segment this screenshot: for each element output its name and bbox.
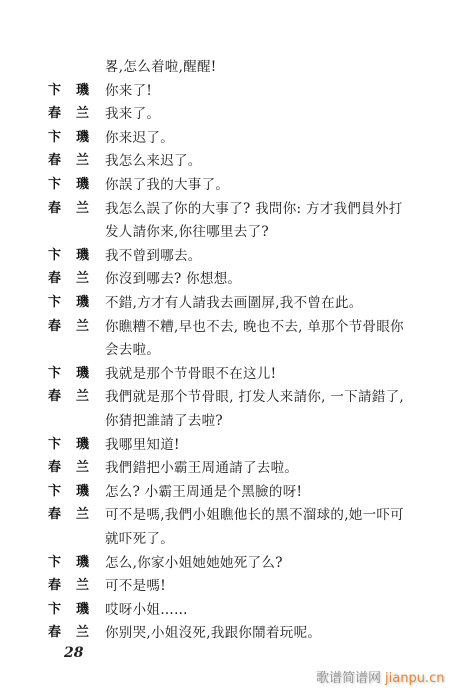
dialogue-text: 不錯,方才有人請我去画圍屏,我不曾在此。 [105, 293, 363, 313]
dialogue-line: 卞璣你誤了我的大事了。 [0, 175, 465, 195]
dialogue-text: 你来迟了。 [105, 128, 174, 148]
dialogue-line: 春兰可不是嗎,我們小姐瞧他长的黑不溜球的,她一吓可 [0, 505, 465, 525]
speaker-name-char2: 璣 [76, 364, 89, 384]
speaker-name-char2: 璣 [76, 128, 89, 148]
dialogue-text: 怎么? 小霸王周通是个黑臉的呀! [105, 482, 302, 502]
dialogue-text: 你来了! [105, 81, 152, 101]
dialogue-text: 可不是嗎! [105, 576, 166, 596]
dialogue-text: 你猜把誰請了去啦? [105, 411, 223, 431]
dialogue-text: 我来了。 [105, 104, 160, 124]
speaker-name-char2: 兰 [76, 104, 89, 124]
speaker-name-char1: 卞 [48, 293, 61, 313]
dialogue-line: 卞璣不錯,方才有人請我去画圍屏,我不曾在此。 [0, 293, 465, 313]
speaker-name-char1: 春 [48, 104, 61, 124]
speaker-name-char2: 兰 [76, 199, 89, 219]
speaker-name-char1: 卞 [48, 600, 61, 620]
dialogue-line: 卞璣我就是那个节骨眼不在这儿! [0, 364, 465, 384]
watermark-domain: jianpu.cn [385, 671, 444, 686]
speaker-name-char1: 春 [48, 387, 61, 407]
dialogue-text: 我怎么誤了你的大事了? 我問你: 方才我們員外打 [105, 199, 403, 219]
dialogue-text: 可不是嗎,我們小姐瞧他长的黑不溜球的,她一吓可 [105, 505, 404, 525]
speaker-name-char2: 兰 [76, 458, 89, 478]
speaker-name-char1: 卞 [48, 128, 61, 148]
dialogue-text: 发人請你来,你往哪里去了? [105, 222, 269, 242]
speaker-name-char1: 春 [48, 576, 61, 596]
dialogue-text: 畧,怎么着啦,醒醒! [105, 57, 217, 77]
dialogue-line: 卞璣你来了! [0, 81, 465, 101]
dialogue-line: 春兰我怎么来迟了。 [0, 151, 465, 171]
dialogue-line: 春兰我們錯把小霸王周通請了去啦。 [0, 458, 465, 478]
dialogue-line: 春兰可不是嗎! [0, 576, 465, 596]
dialogue-text: 我們就是那个节骨眼, 打发人来請你, 一下請錯了, [105, 387, 404, 407]
speaker-name-char1: 春 [48, 151, 61, 171]
dialogue-text: 我哪里知道! [105, 435, 180, 455]
speaker-name-char1: 春 [48, 623, 61, 643]
speaker-name-char2: 璣 [76, 553, 89, 573]
dialogue-line: 卞璣你来迟了。 [0, 128, 465, 148]
dialogue-line: 卞璣我哪里知道! [0, 435, 465, 455]
speaker-name-char1: 卞 [48, 553, 61, 573]
dialogue-continuation: 会去啦。 [0, 340, 465, 360]
dialogue-line: 卞璣怎么? 小霸王周通是个黑臉的呀! [0, 482, 465, 502]
speaker-name-char1: 卞 [48, 81, 61, 101]
speaker-name-char1: 春 [48, 317, 61, 337]
dialogue-line: 春兰你沒到哪去? 你想想。 [0, 269, 465, 289]
dialogue-line: 春兰我来了。 [0, 104, 465, 124]
speaker-name-char2: 兰 [76, 623, 89, 643]
dialogue-line: 春兰你瞧糟不糟,早也不去, 晚也不去, 单那个节骨眼你 [0, 317, 465, 337]
speaker-name-char1: 卞 [48, 246, 61, 266]
speaker-name-char1: 卞 [48, 482, 61, 502]
dialogue-line: 卞璣我不曾到哪去。 [0, 246, 465, 266]
dialogue-line: 卞璣怎么,你家小姐她她她死了么? [0, 553, 465, 573]
speaker-name-char2: 兰 [76, 387, 89, 407]
speaker-name-char2: 璣 [76, 81, 89, 101]
page-number: 28 [64, 645, 83, 661]
dialogue-line: 春兰你别哭,小姐沒死,我跟你鬧着玩呢。 [0, 623, 465, 643]
speaker-name-char1: 卞 [48, 364, 61, 384]
dialogue-text: 我不曾到哪去。 [105, 246, 202, 266]
speaker-name-char2: 璣 [76, 293, 89, 313]
dialogue-text: 就吓死了。 [105, 529, 174, 549]
dialogue-continuation: 发人請你来,你往哪里去了? [0, 222, 465, 242]
watermark: 歌谱简谱网jianpu.cn [316, 667, 444, 686]
speaker-name-char1: 春 [48, 458, 61, 478]
speaker-name-char2: 兰 [76, 576, 89, 596]
dialogue-text: 我怎么来迟了。 [105, 151, 202, 171]
script-page: 畧,怎么着啦,醒醒!卞璣你来了!春兰我来了。卞璣你来迟了。春兰我怎么来迟了。卞璣… [0, 0, 465, 690]
watermark-site: 歌谱简谱网 [316, 671, 381, 686]
dialogue-line: 春兰我們就是那个节骨眼, 打发人来請你, 一下請錯了, [0, 387, 465, 407]
dialogue-text: 你瞧糟不糟,早也不去, 晚也不去, 单那个节骨眼你 [105, 317, 404, 337]
speaker-name-char2: 兰 [76, 505, 89, 525]
speaker-name-char2: 兰 [76, 269, 89, 289]
dialogue-text: 怎么,你家小姐她她她死了么? [105, 553, 283, 573]
speaker-name-char1: 春 [48, 269, 61, 289]
speaker-name-char2: 璣 [76, 175, 89, 195]
speaker-name-char1: 春 [48, 199, 61, 219]
speaker-name-char2: 璣 [76, 435, 89, 455]
dialogue-text: 你别哭,小姐沒死,我跟你鬧着玩呢。 [105, 623, 321, 643]
dialogue-text: 会去啦。 [105, 340, 160, 360]
speaker-name-char2: 璣 [76, 482, 89, 502]
dialogue-continuation: 你猜把誰請了去啦? [0, 411, 465, 431]
dialogue-text: 你誤了我的大事了。 [105, 175, 229, 195]
speaker-name-char1: 卞 [48, 175, 61, 195]
speaker-name-char1: 春 [48, 505, 61, 525]
speaker-name-char2: 兰 [76, 317, 89, 337]
dialogue-continuation: 就吓死了。 [0, 529, 465, 549]
dialogue-text: 我們錯把小霸王周通請了去啦。 [105, 458, 298, 478]
speaker-name-char1: 卞 [48, 435, 61, 455]
dialogue-text: 你沒到哪去? 你想想。 [105, 269, 241, 289]
speaker-name-char2: 璣 [76, 246, 89, 266]
dialogue-line: 春兰我怎么誤了你的大事了? 我問你: 方才我們員外打 [0, 199, 465, 219]
dialogue-continuation: 畧,怎么着啦,醒醒! [0, 57, 465, 77]
dialogue-text: 哎呀小姐…… [105, 600, 188, 620]
speaker-name-char2: 兰 [76, 151, 89, 171]
speaker-name-char2: 璣 [76, 600, 89, 620]
dialogue-text: 我就是那个节骨眼不在这儿! [105, 364, 276, 384]
dialogue-line: 卞璣哎呀小姐…… [0, 600, 465, 620]
